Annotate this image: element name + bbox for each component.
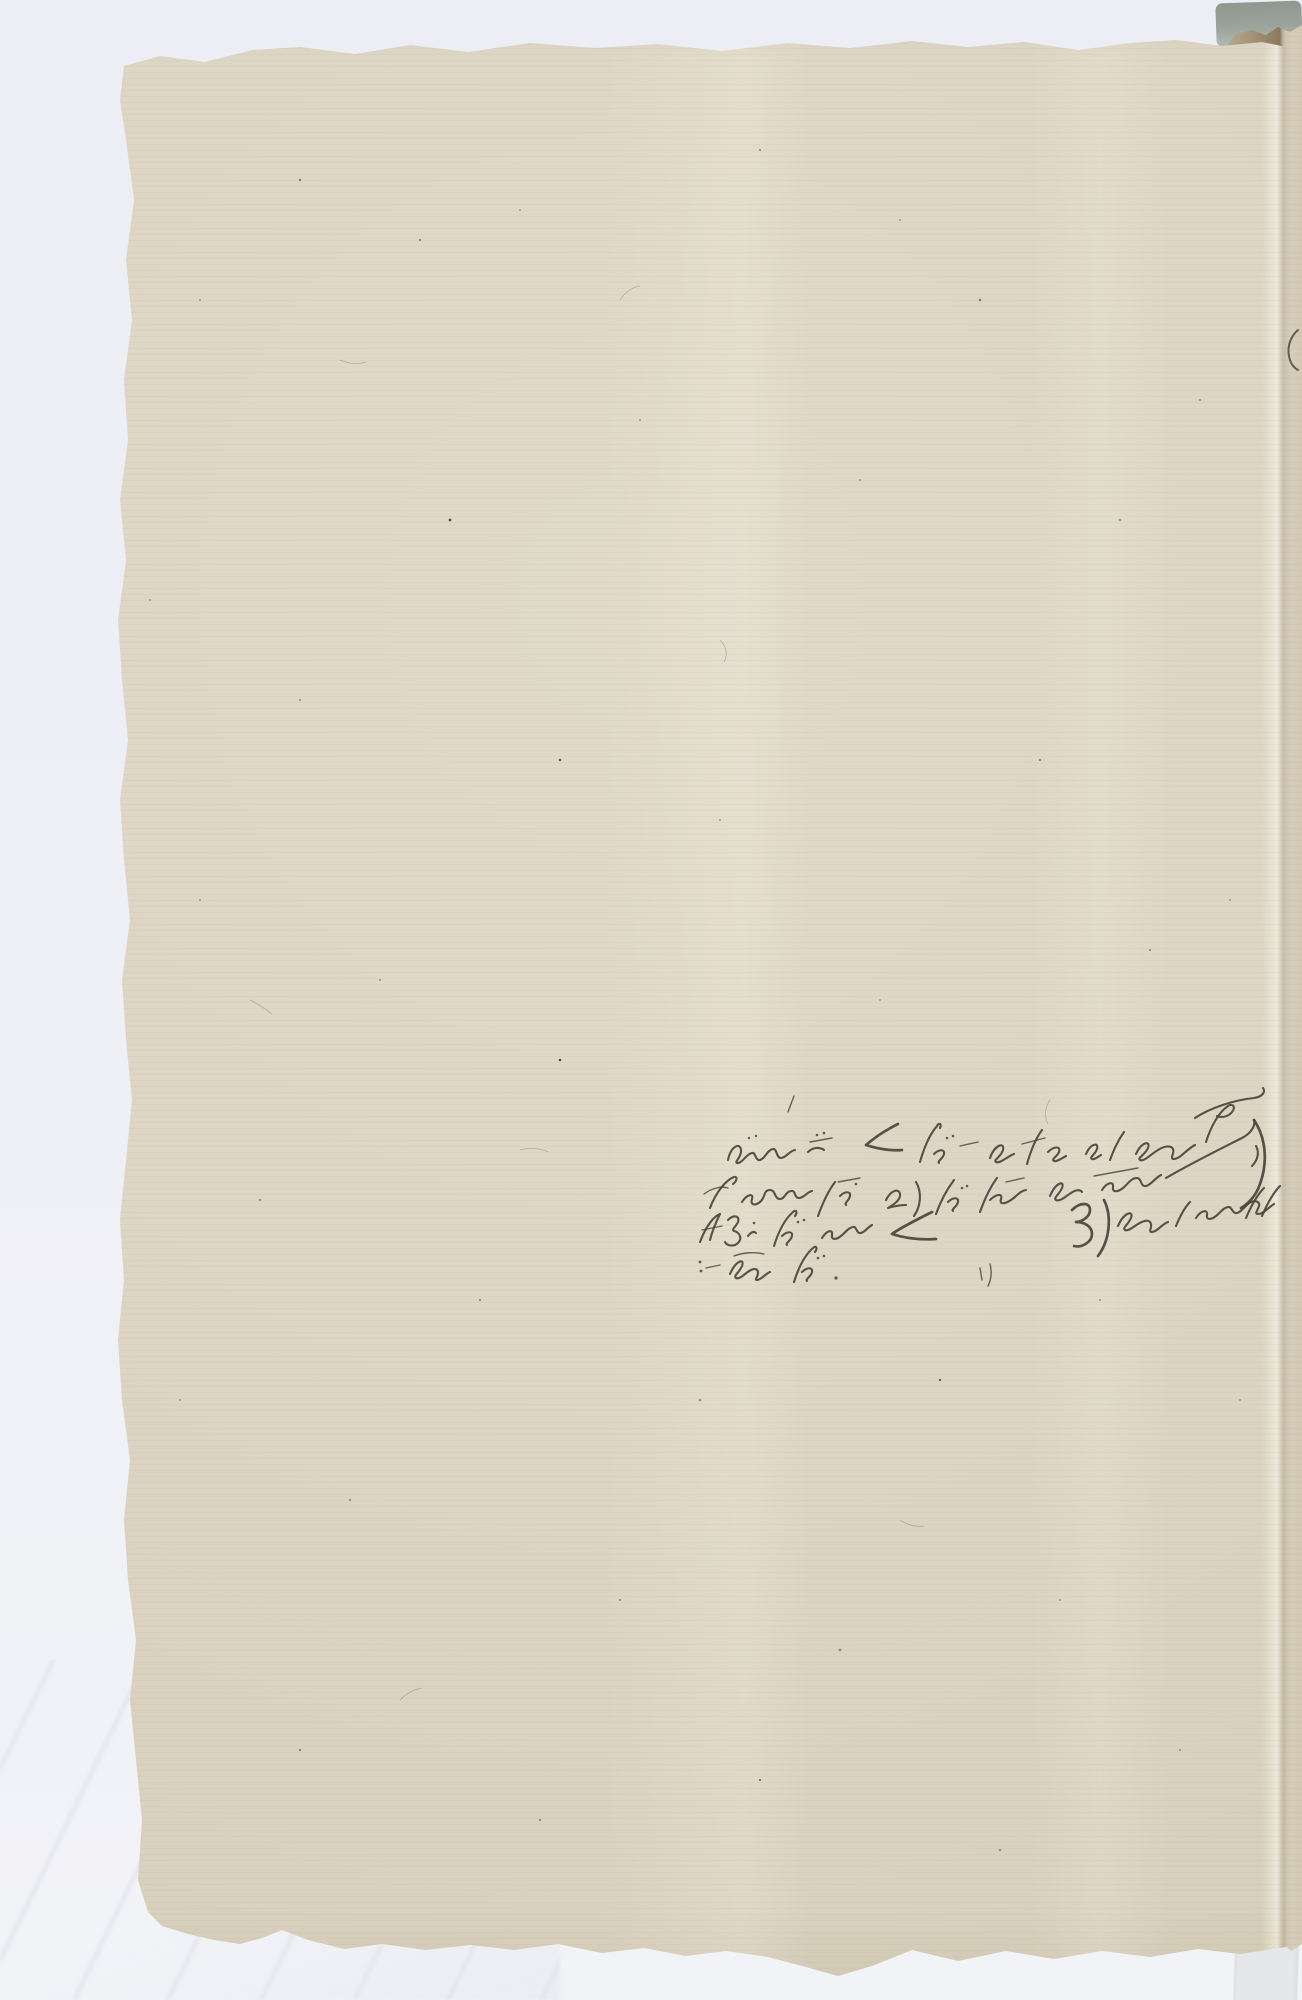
handwriting-line-1 bbox=[728, 1088, 1264, 1166]
handwritten-annotation bbox=[690, 1050, 1302, 1310]
manuscript-leaf bbox=[0, 0, 1302, 2000]
paper-speckles bbox=[0, 0, 1302, 2000]
handwriting-line-4 bbox=[699, 1247, 991, 1286]
scanned-manuscript-page: Naar ein ⟨ sej– deste af große Exzension… bbox=[0, 0, 1302, 2000]
margin-ink-mark bbox=[1284, 326, 1302, 372]
handwriting-line-2 bbox=[704, 1120, 1265, 1216]
scanner-tab bbox=[1233, 1946, 1299, 2000]
handwriting-line-3 bbox=[700, 1186, 1280, 1256]
